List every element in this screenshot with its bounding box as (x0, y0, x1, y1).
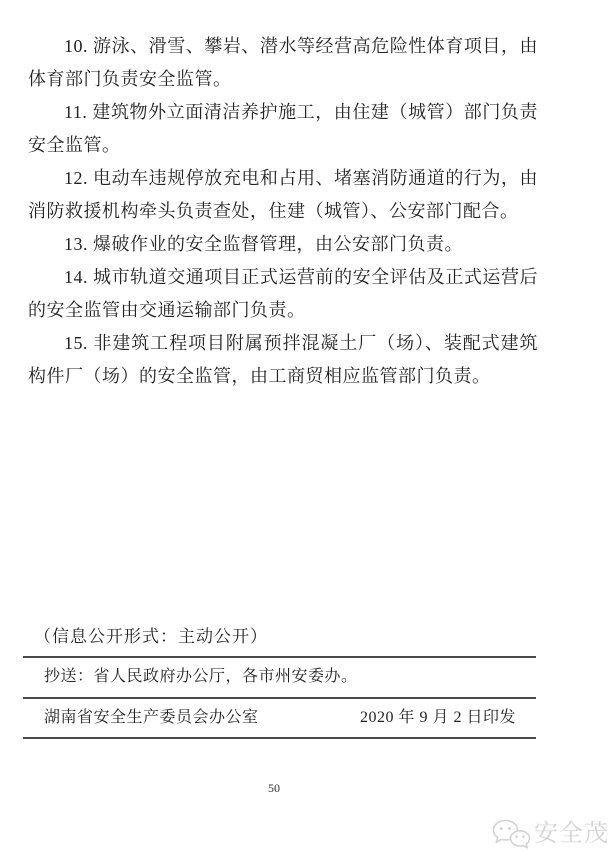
issuer-name: 湖南省安全生产委员会办公室 (44, 707, 259, 729)
disclosure-note: （信息公开形式：主动公开） (34, 624, 268, 650)
divider-top (23, 656, 536, 658)
list-item-15: 15. 非建筑工程项目附属预拌混凝土厂（场）、装配式建筑构件厂（场）的安全监管，… (28, 327, 538, 393)
document-body: 10. 游泳、滑雪、攀岩、潜水等经营高危险性体育项目，由体育部门负责安全监管。 … (28, 30, 538, 393)
wechat-icon (491, 818, 531, 850)
watermark-label: 安全茂 (534, 820, 609, 848)
watermark: 安全茂 (491, 818, 609, 850)
issuer-row: 湖南省安全生产委员会办公室 2020 年 9 月 2 日印发 (44, 707, 516, 729)
list-item-13: 13. 爆破作业的安全监督管理，由公安部门负责。 (28, 228, 538, 261)
list-item-10: 10. 游泳、滑雪、攀岩、潜水等经营高危险性体育项目，由体育部门负责安全监管。 (28, 30, 538, 96)
print-date: 2020 年 9 月 2 日印发 (360, 707, 516, 729)
divider-bottom (23, 737, 536, 739)
document-footer: （信息公开形式：主动公开） 抄送：省人民政府办公厅，各市州安委办。 湖南省安全生… (23, 624, 536, 742)
list-item-12: 12. 电动车违规停放充电和占用、堵塞消防通道的行为，由消防救援机构牵头负责查处… (28, 162, 538, 228)
cc-line: 抄送：省人民政府办公厅，各市州安委办。 (44, 666, 358, 688)
divider-middle (23, 697, 536, 699)
list-item-14: 14. 城市轨道交通项目正式运营前的安全评估及正式运营后的安全监管由交通运输部门… (28, 261, 538, 327)
list-item-11: 11. 建筑物外立面清洁养护施工，由住建（城管）部门负责安全监管。 (28, 96, 538, 162)
document-page: 10. 游泳、滑雪、攀岩、潜水等经营高危险性体育项目，由体育部门负责安全监管。 … (0, 0, 614, 855)
page-number: 50 (268, 781, 280, 796)
